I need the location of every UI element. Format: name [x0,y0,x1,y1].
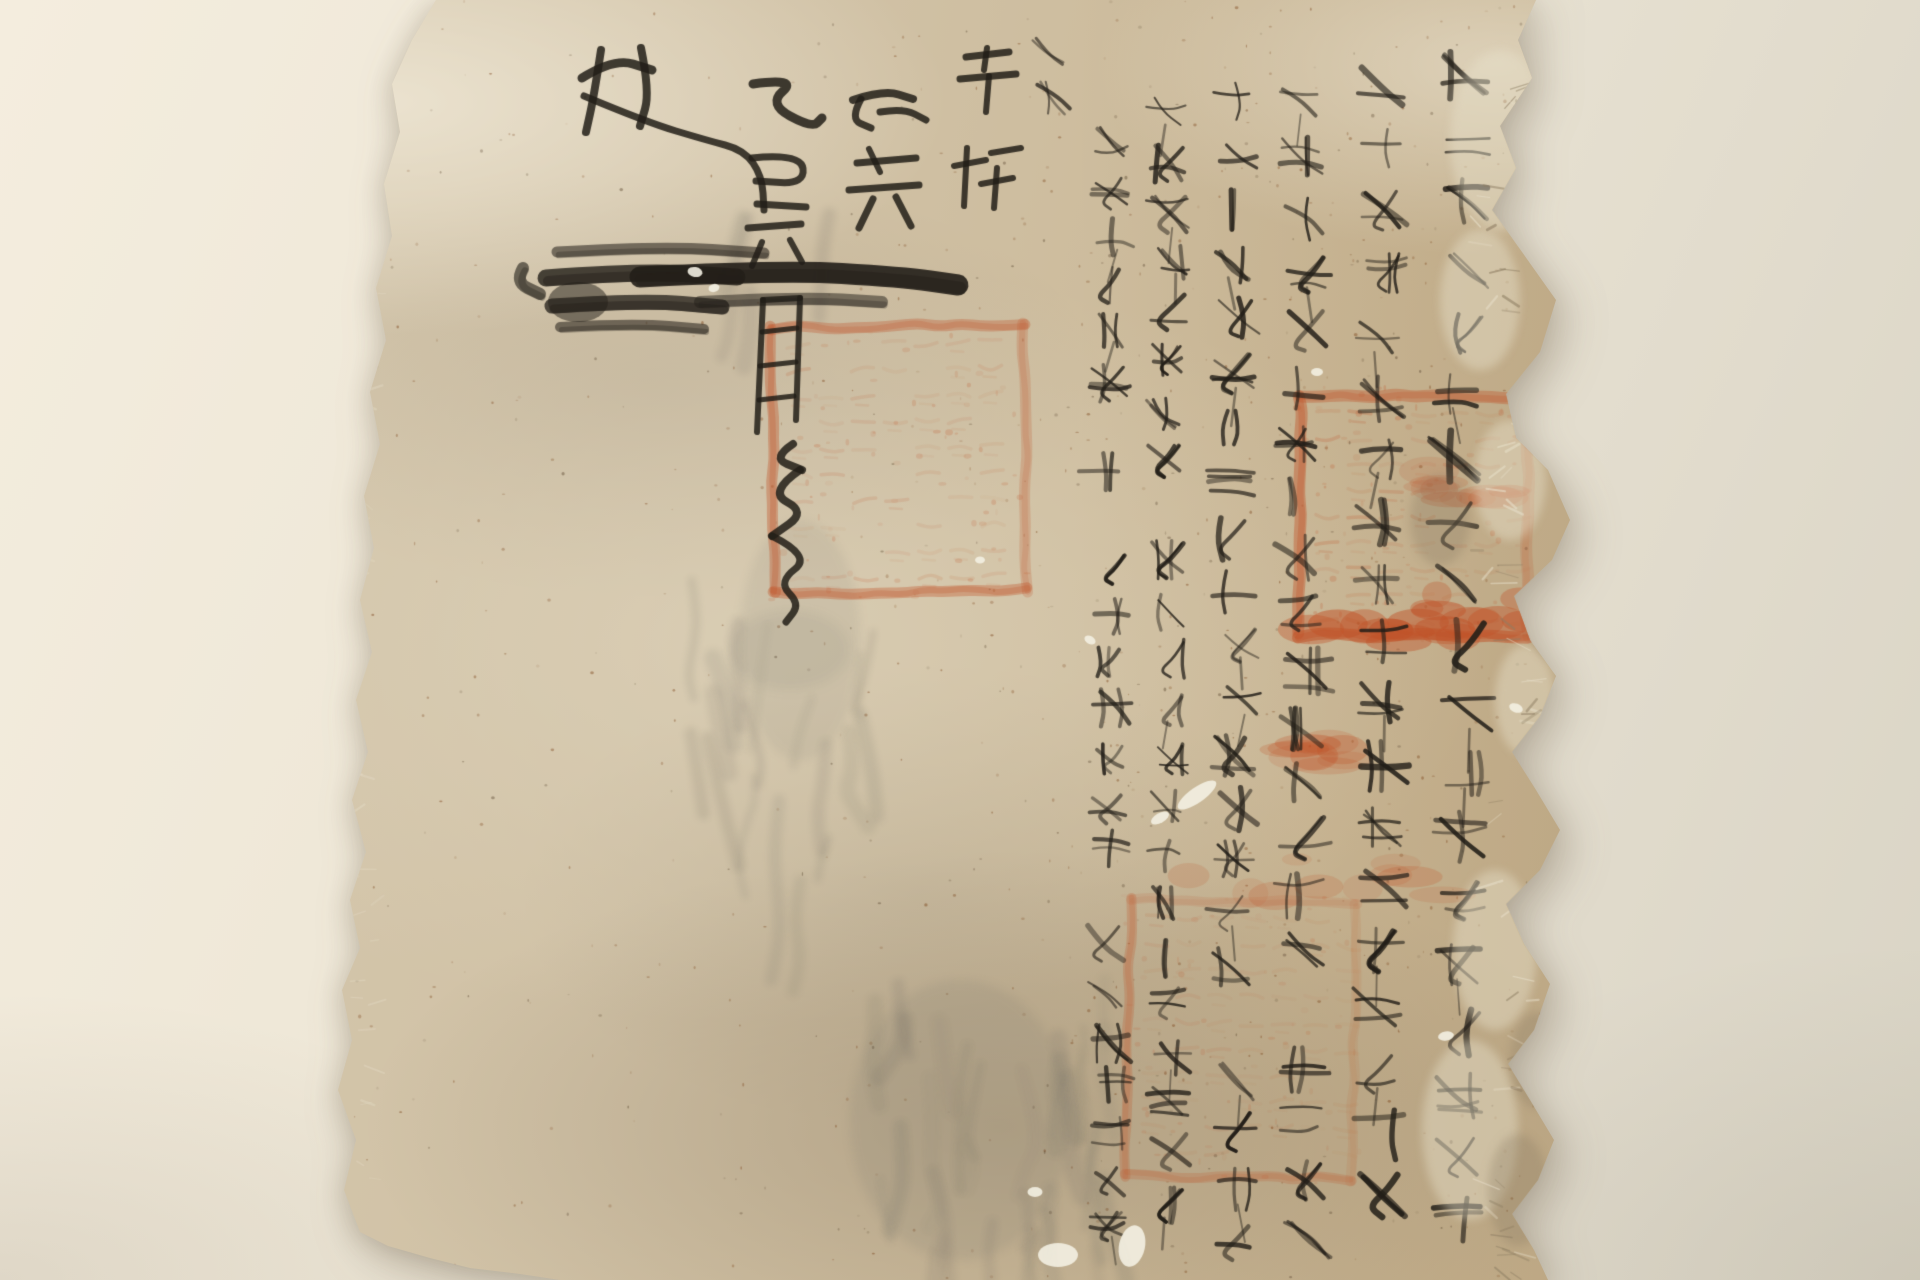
manuscript-photograph [0,0,1920,1280]
ink-layer [0,0,1920,1280]
manuscript-paper-wrap [0,0,1920,1280]
